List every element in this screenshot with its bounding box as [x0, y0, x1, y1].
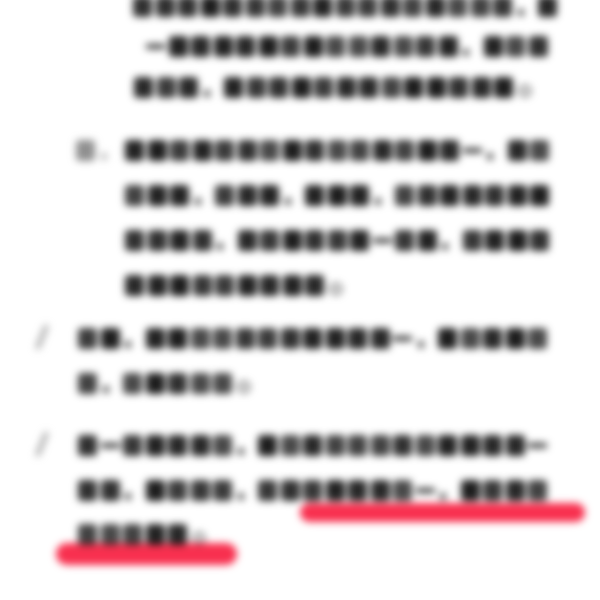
text-line — [125, 275, 350, 297]
document-page — [0, 0, 600, 600]
text-line — [125, 140, 553, 162]
red-underline-annotation-right — [300, 503, 585, 522]
text-line — [133, 0, 561, 18]
blur-layer — [0, 0, 600, 600]
text-line — [146, 36, 551, 58]
list-item-marker-six — [76, 140, 121, 162]
text-line — [78, 435, 551, 457]
text-line — [78, 373, 258, 395]
list-item-marker-slash-1 — [33, 326, 51, 348]
text-line — [78, 480, 551, 502]
text-line — [78, 328, 551, 350]
list-item-marker-slash-2 — [33, 433, 51, 455]
text-line — [134, 77, 539, 99]
text-line — [125, 185, 553, 207]
text-line — [125, 230, 553, 252]
text-line — [78, 524, 213, 546]
red-underline-annotation-left — [56, 543, 237, 565]
